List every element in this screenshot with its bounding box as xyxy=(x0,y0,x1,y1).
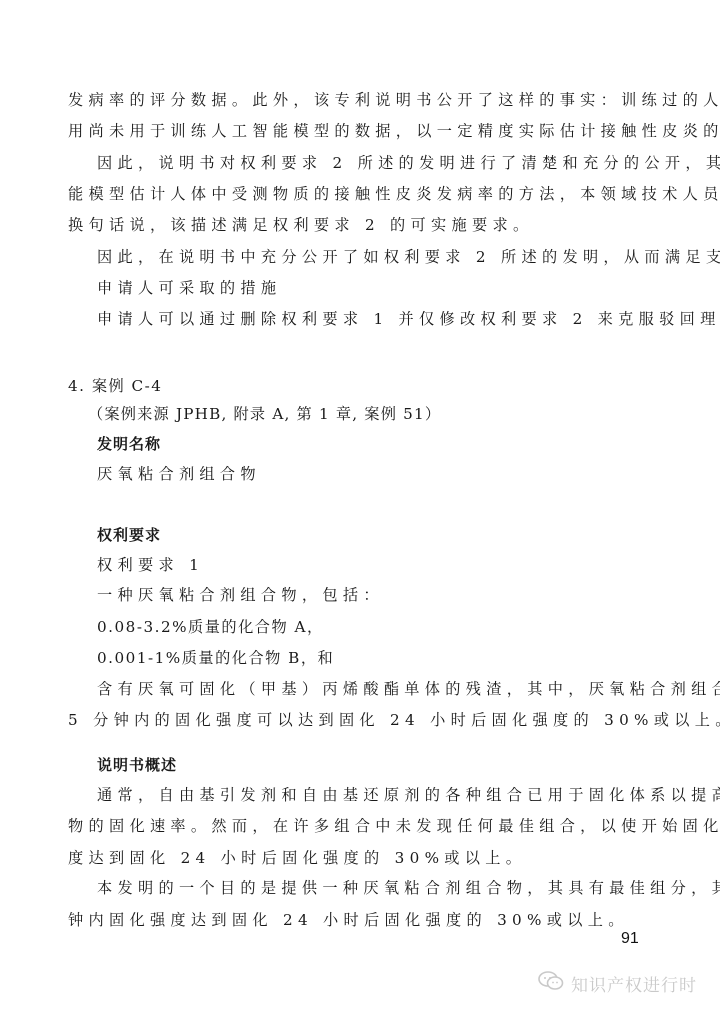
claims-heading: 权利要求 xyxy=(97,525,161,545)
claim-line: 0.001-1%质量的化合物 B，和 xyxy=(97,648,334,668)
paragraph-line: 因此，在说明书中充分公开了如权利要求 2 所述的发明，从而满足支持要求。 xyxy=(97,247,720,267)
claim-label: 权利要求 1 xyxy=(97,555,204,575)
claim-line: 0.08-3.2%质量的化合物 A， xyxy=(97,617,324,637)
claim-line: 含有厌氧可固化（甲基）丙烯酸酯单体的残渣，其中，厌氧粘合剂组合物在开始固化的 xyxy=(97,679,720,699)
summary-line: 钟内固化强度达到固化 24 小时后固化强度的 30%或以上。 xyxy=(68,910,629,930)
invention-title-label: 发明名称 xyxy=(97,434,161,454)
claim-line: 一种厌氧粘合剂组合物，包括： xyxy=(97,585,384,605)
summary-line: 通常，自由基引发剂和自由基还原剂的各种组合已用于固化体系以提高厌氧粘合剂组合 xyxy=(97,785,720,805)
watermark-text: 知识产权进行时 xyxy=(571,971,697,996)
paragraph-line: 发病率的评分数据。此外，该专利说明书公开了这样的事实：训练过的人工智能模型可以使 xyxy=(68,90,720,110)
case-heading: 4. 案例 C-4 xyxy=(68,376,162,396)
summary-heading: 说明书概述 xyxy=(97,755,177,775)
page-number: 91 xyxy=(621,930,639,948)
claim-line: 5 分钟内的固化强度可以达到固化 24 小时后固化强度的 30%或以上。 xyxy=(68,710,720,730)
watermark: 知识产权进行时 xyxy=(537,970,697,997)
paragraph-line: 换句话说，该描述满足权利要求 2 的可实施要求。 xyxy=(68,215,533,235)
paragraph-line: 能模型估计人体中受测物质的接触性皮炎发病率的方法，本领域技术人员可以实施本发明。 xyxy=(68,184,720,204)
paragraph-line: 申请人可以通过删除权利要求 1 并仅修改权利要求 2 来克服驳回理由。 xyxy=(97,309,720,329)
wechat-icon xyxy=(537,970,565,997)
summary-line: 度达到固化 24 小时后固化强度的 30%或以上。 xyxy=(68,848,526,868)
invention-title: 厌氧粘合剂组合物 xyxy=(97,464,261,484)
case-source: （案例来源 JPHB, 附录 A, 第 1 章, 案例 51） xyxy=(88,404,441,424)
measures-heading: 申请人可采取的措施 xyxy=(97,278,281,298)
summary-line: 物的固化速率。然而，在许多组合中未发现任何最佳组合，以使开始固化的 5 分钟内固… xyxy=(68,816,720,836)
paragraph-line: 因此，说明书对权利要求 2 所述的发明进行了清楚和充分的公开，其是一种使用人工智 xyxy=(97,153,720,173)
summary-line: 本发明的一个目的是提供一种厌氧粘合剂组合物，其具有最佳组分，其开始固化的 5 分 xyxy=(97,878,720,898)
paragraph-line: 用尚未用于训练人工智能模型的数据，以一定精度实际估计接触性皮炎的发生率。 xyxy=(68,121,720,141)
